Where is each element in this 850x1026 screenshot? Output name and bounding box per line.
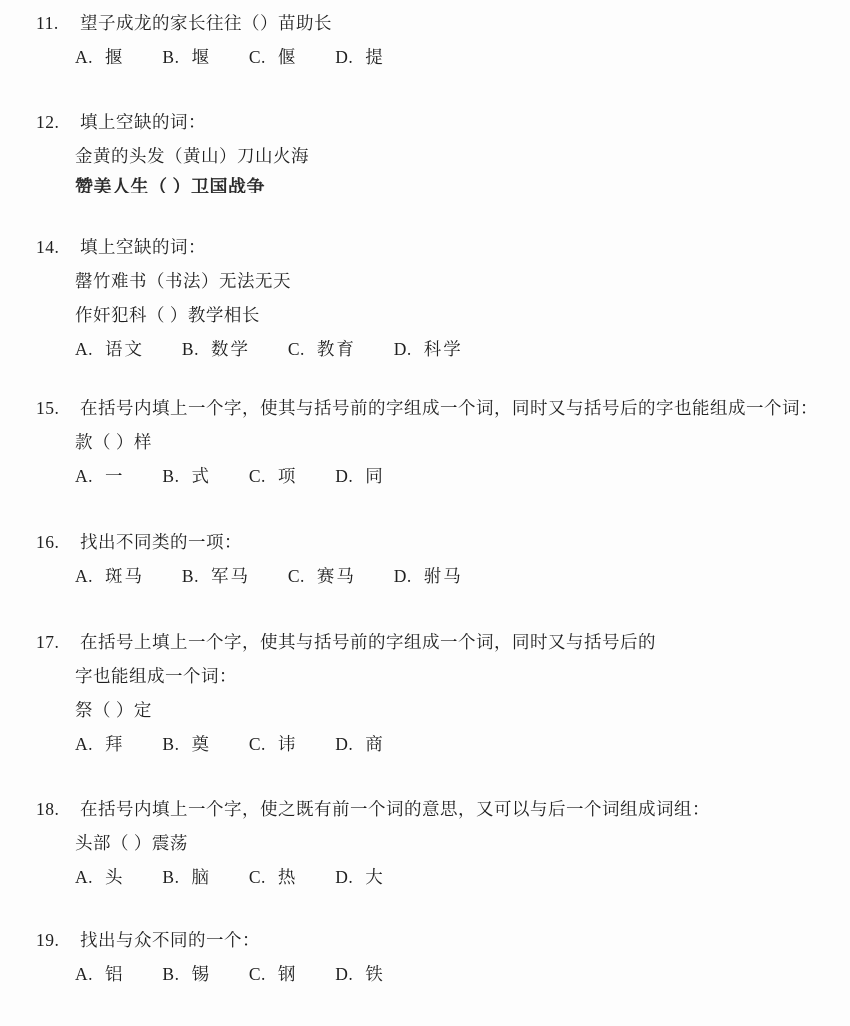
option-b: B.奠 (162, 727, 211, 761)
question-number: 19. (36, 923, 80, 957)
question-block-15: 15.在括号内填上一个字，使其与括号前的字组成一个词，同时又与括号后的字也能组成… (36, 391, 834, 493)
options-row: A.一 B.式 C.项 D.同 (75, 459, 834, 493)
question-body-line: 款（ ）样 (75, 425, 834, 459)
option-label: C. (249, 727, 266, 761)
option-a: A.头 (75, 860, 125, 894)
option-c: C.热 (249, 860, 298, 894)
option-label: B. (162, 727, 179, 761)
option-text: 同 (365, 459, 385, 493)
option-c: C.项 (249, 459, 298, 493)
option-b: B.堰 (162, 40, 211, 74)
question-body-line: 作奸犯科（ ）教学相长 (75, 298, 834, 332)
option-a: A.揠 (75, 40, 125, 74)
question-body-line: 头部（ ）震荡 (75, 826, 834, 860)
option-text: 提 (365, 40, 385, 74)
option-label: D. (335, 860, 353, 894)
option-a: A.斑马 (75, 559, 144, 593)
option-text: 拜 (105, 727, 125, 761)
question-number: 14. (36, 230, 80, 264)
option-text: 式 (191, 459, 211, 493)
option-label: C. (249, 459, 266, 493)
option-label: A. (75, 559, 93, 593)
question-number: 17. (36, 625, 80, 659)
option-label: D. (335, 459, 353, 493)
option-label: B. (162, 40, 179, 74)
option-c: C.钢 (249, 957, 298, 991)
options-row: A.铝 B.锡 C.钢 D.铁 (75, 957, 834, 991)
option-d: D.提 (335, 40, 385, 74)
question-number: 16. (36, 525, 80, 559)
question-block-12: 12.填上空缺的词： 金黄的头发（黄山）刀山火海 赞美人生（ ）卫国战争 (36, 105, 834, 193)
option-text: 大 (365, 860, 385, 894)
question-block-14: 14.填上空缺的词： 罄竹难书（书法）无法无天 作奸犯科（ ）教学相长 A.语文… (36, 230, 834, 366)
option-a: A.拜 (75, 727, 125, 761)
option-text: 商 (365, 727, 385, 761)
option-label: D. (394, 332, 412, 366)
question-number: 11. (36, 6, 80, 40)
option-text: 斑马 (105, 559, 144, 593)
option-label: A. (75, 957, 93, 991)
option-label: C. (249, 860, 266, 894)
option-label: B. (162, 957, 179, 991)
option-d: D.同 (335, 459, 385, 493)
question-number: 15. (36, 391, 80, 425)
option-label: C. (288, 559, 305, 593)
question-prompt: 找出与众不同的一个： (80, 930, 260, 950)
option-label: B. (182, 332, 199, 366)
question-body-line: 罄竹难书（书法）无法无天 (75, 264, 834, 298)
option-text: 热 (278, 860, 298, 894)
option-b: B.式 (162, 459, 211, 493)
option-label: C. (288, 332, 305, 366)
option-text: 奠 (191, 727, 211, 761)
question-prompt-line: 11.望子成龙的家长往往（）苗助长 (36, 6, 834, 40)
option-text: 赛马 (317, 559, 356, 593)
option-a: A.一 (75, 459, 125, 493)
option-label: A. (75, 727, 93, 761)
option-label: C. (249, 957, 266, 991)
option-c: C.赛马 (288, 559, 356, 593)
question-prompt-line: 17.在括号上填上一个字，使其与括号前的字组成一个词，同时又与括号后的 (36, 625, 834, 659)
option-label: D. (394, 559, 412, 593)
option-text: 揠 (105, 40, 125, 74)
option-text: 讳 (278, 727, 298, 761)
question-prompt: 在括号上填上一个字，使其与括号前的字组成一个词，同时又与括号后的 (80, 632, 656, 652)
option-label: A. (75, 860, 93, 894)
question-prompt: 找出不同类的一项： (80, 532, 242, 552)
option-b: B.数学 (182, 332, 250, 366)
option-text: 军马 (211, 559, 250, 593)
option-text: 项 (278, 459, 298, 493)
option-c: C.偃 (249, 40, 298, 74)
option-d: D.科学 (394, 332, 463, 366)
option-label: B. (162, 459, 179, 493)
question-block-18: 18.在括号内填上一个字，使之既有前一个词的意思，又可以与后一个词组成词组： 头… (36, 792, 834, 894)
option-b: B.脑 (162, 860, 211, 894)
option-text: 脑 (191, 860, 211, 894)
options-row: A.斑马 B.军马 C.赛马 D.驸马 (75, 559, 834, 593)
question-prompt-line: 15.在括号内填上一个字，使其与括号前的字组成一个词，同时又与括号后的字也能组成… (36, 391, 834, 425)
option-text: 教育 (317, 332, 356, 366)
option-text: 偃 (278, 40, 298, 74)
option-label: D. (335, 727, 353, 761)
option-label: D. (335, 957, 353, 991)
option-label: A. (75, 459, 93, 493)
option-b: B.军马 (182, 559, 250, 593)
option-c: C.讳 (249, 727, 298, 761)
option-d: D.商 (335, 727, 385, 761)
question-number: 12. (36, 105, 80, 139)
options-row: A.头 B.脑 C.热 D.大 (75, 860, 834, 894)
option-label: A. (75, 40, 93, 74)
option-d: D.大 (335, 860, 385, 894)
question-block-17: 17.在括号上填上一个字，使其与括号前的字组成一个词，同时又与括号后的 字也能组… (36, 625, 834, 761)
option-text: 铝 (105, 957, 125, 991)
option-label: D. (335, 40, 353, 74)
option-text: 堰 (191, 40, 211, 74)
option-label: A. (75, 332, 93, 366)
option-d: D.驸马 (394, 559, 463, 593)
question-body-line: 金黄的头发（黄山）刀山火海 (75, 139, 834, 173)
question-prompt: 在括号内填上一个字，使其与括号前的字组成一个词，同时又与括号后的字也能组成一个词… (80, 398, 818, 418)
option-label: B. (182, 559, 199, 593)
question-prompt-line: 12.填上空缺的词： (36, 105, 834, 139)
question-prompt-line: 19.找出与众不同的一个： (36, 923, 834, 957)
options-row: A.揠 B.堰 C.偃 D.提 (75, 40, 834, 74)
question-body-line: 字也能组成一个词： (75, 659, 834, 693)
question-body-line: 祭（ ）定 (75, 693, 834, 727)
option-label: B. (162, 860, 179, 894)
option-text: 科学 (424, 332, 463, 366)
question-prompt: 在括号内填上一个字，使之既有前一个词的意思，又可以与后一个词组成词组： (80, 799, 710, 819)
question-prompt: 望子成龙的家长往往（）苗助长 (80, 13, 332, 33)
question-body-line-clipped: 赞美人生（ ）卫国战争 (75, 173, 834, 193)
question-block-19: 19.找出与众不同的一个： A.铝 B.锡 C.钢 D.铁 (36, 923, 834, 991)
option-text: 铁 (365, 957, 385, 991)
option-a: A.语文 (75, 332, 144, 366)
question-prompt-line: 18.在括号内填上一个字，使之既有前一个词的意思，又可以与后一个词组成词组： (36, 792, 834, 826)
option-text: 钢 (278, 957, 298, 991)
option-c: C.教育 (288, 332, 356, 366)
option-text: 数学 (211, 332, 250, 366)
option-text: 语文 (105, 332, 144, 366)
question-prompt: 填上空缺的词： (80, 112, 206, 132)
option-text: 头 (105, 860, 125, 894)
question-block-16: 16.找出不同类的一项： A.斑马 B.军马 C.赛马 D.驸马 (36, 525, 834, 593)
question-prompt-line: 16.找出不同类的一项： (36, 525, 834, 559)
option-a: A.铝 (75, 957, 125, 991)
options-row: A.拜 B.奠 C.讳 D.商 (75, 727, 834, 761)
options-row: A.语文 B.数学 C.教育 D.科学 (75, 332, 834, 366)
question-prompt-line: 14.填上空缺的词： (36, 230, 834, 264)
option-b: B.锡 (162, 957, 211, 991)
question-prompt: 填上空缺的词： (80, 237, 206, 257)
test-page: 11.望子成龙的家长往往（）苗助长 A.揠 B.堰 C.偃 D.提 12.填上空… (0, 0, 850, 1026)
option-text: 锡 (191, 957, 211, 991)
question-block-11: 11.望子成龙的家长往往（）苗助长 A.揠 B.堰 C.偃 D.提 (36, 6, 834, 74)
option-text: 驸马 (424, 559, 463, 593)
option-label: C. (249, 40, 266, 74)
option-d: D.铁 (335, 957, 385, 991)
question-number: 18. (36, 792, 80, 826)
option-text: 一 (105, 459, 125, 493)
